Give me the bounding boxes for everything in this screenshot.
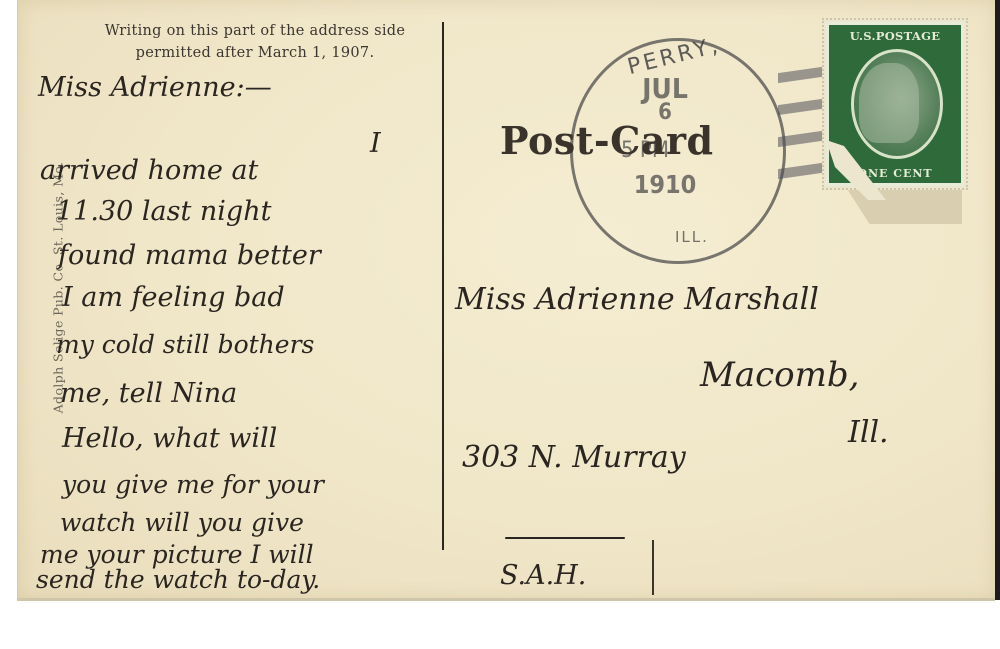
message-line: Miss Adrienne:— xyxy=(38,72,272,103)
postmark-year: 1910 xyxy=(625,170,705,199)
instruction-line-1: Writing on this part of the address side xyxy=(60,20,450,42)
message-line: me, tell Nina xyxy=(60,378,237,409)
signature-rule xyxy=(652,540,654,595)
message-line: arrived home at xyxy=(40,155,258,186)
address-state: Ill. xyxy=(848,415,889,450)
message-line: send the watch to-day. xyxy=(36,565,320,594)
message-line: Hello, what will xyxy=(62,423,277,454)
postcard-title: Post-Card xyxy=(500,118,714,163)
message-line: found mama better xyxy=(58,240,321,271)
message-line: I am feeling bad xyxy=(62,282,285,313)
cancellation-bars-icon xyxy=(778,70,822,198)
printed-instruction: Writing on this part of the address side… xyxy=(60,20,450,64)
stamp-top-text: U.S.POSTAGE xyxy=(829,29,961,43)
address-street: 303 N. Murray xyxy=(462,440,686,475)
message-line: I xyxy=(370,128,381,159)
portrait-franklin-icon xyxy=(859,63,919,143)
instruction-line-2: permitted after March 1, 1907. xyxy=(60,42,450,64)
message-line: watch will you give xyxy=(60,508,304,537)
message-line: you give me for your xyxy=(62,470,324,499)
signature-flourish xyxy=(505,537,625,539)
address-city: Macomb, xyxy=(700,355,859,395)
message-line: my cold still bothers xyxy=(56,330,314,359)
scan-edge xyxy=(995,0,1000,600)
card-bottom-edge xyxy=(17,598,995,601)
address-name: Miss Adrienne Marshall xyxy=(455,282,819,317)
signature: S.A.H. xyxy=(500,560,586,591)
message-address-divider xyxy=(442,22,444,550)
postmark-state: ILL. xyxy=(675,228,709,246)
message-line: 11.30 last night xyxy=(56,196,271,227)
